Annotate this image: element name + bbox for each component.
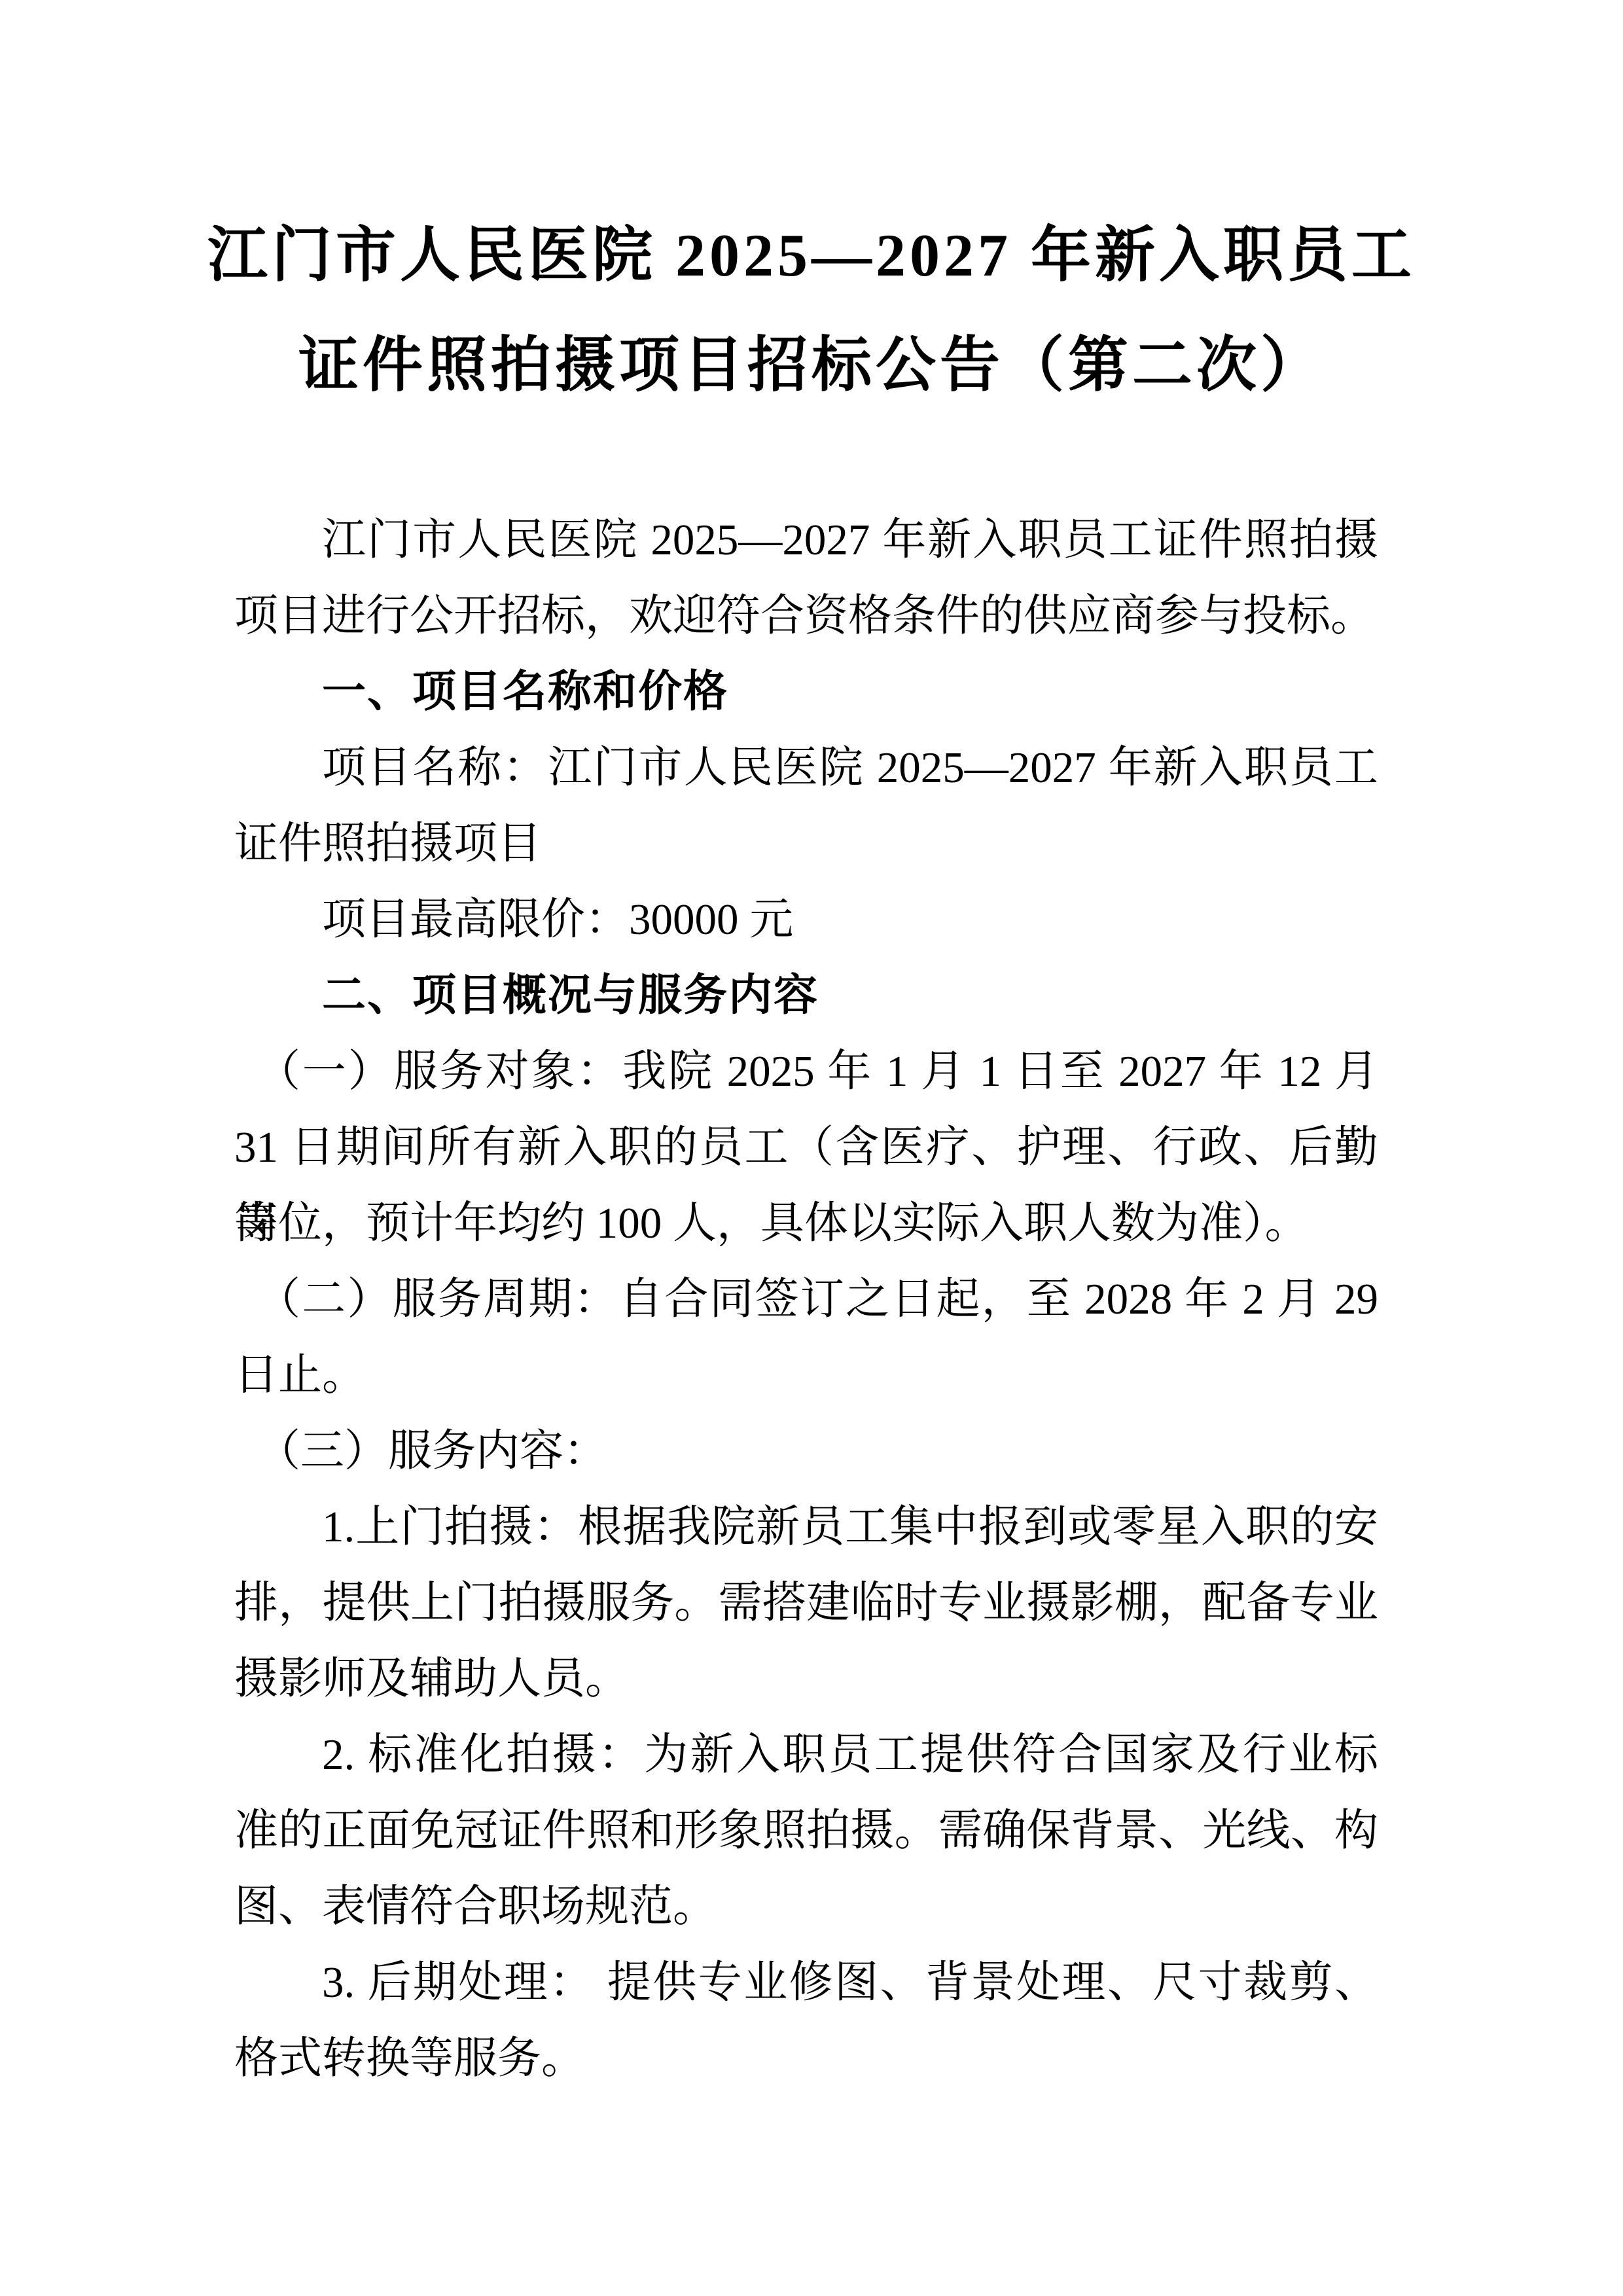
text-line: 排，提供上门拍摄服务。需搭建临时专业摄影棚，配备专业 <box>234 1565 1378 1641</box>
title-line: 证件照拍摄项目招标公告（第二次） <box>118 310 1505 420</box>
text-line: 一、项目名称和价格 <box>234 654 1378 730</box>
text-line: 项目进行公开招标，欢迎符合资格条件的供应商参与投标。 <box>234 578 1378 654</box>
text-line: 项目最高限价：30000 元 <box>234 882 1378 958</box>
body-paragraph: 项目名称：江门市人民医院 2025—2027 年新入职员工证件照拍摄项目 <box>234 730 1378 882</box>
body-paragraph: 3. 后期处理： 提供专业修图、背景处理、尺寸裁剪、格式转换等服务。 <box>234 1945 1378 2096</box>
text-line: 摄影师及辅助人员。 <box>234 1641 1378 1717</box>
text-line: 证件照拍摄项目 <box>234 806 1378 882</box>
section-heading: 二、项目概况与服务内容 <box>234 958 1378 1033</box>
text-line: 二、项目概况与服务内容 <box>234 958 1378 1033</box>
text-line: 图、表情符合职场规范。 <box>234 1869 1378 1945</box>
text-line: 江门市人民医院 2025—2027 年新入职员工证件照拍摄 <box>234 502 1378 578</box>
document-body: 江门市人民医院 2025—2027 年新入职员工证件照拍摄项目进行公开招标，欢迎… <box>234 502 1378 2096</box>
text-line: 日止。 <box>234 1337 1378 1413</box>
body-paragraph: 项目最高限价：30000 元 <box>234 882 1378 958</box>
text-line: 3. 后期处理： 提供专业修图、背景处理、尺寸裁剪、 <box>234 1945 1378 2020</box>
document-title: 江门市人民医院 2025—2027 年新入职员工证件照拍摄项目招标公告（第二次） <box>118 200 1505 420</box>
body-paragraph: （二）服务周期：自合同签订之日起，至 2028 年 2 月 29日止。 <box>234 1261 1378 1413</box>
body-paragraph: 2. 标准化拍摄：为新入职员工提供符合国家及行业标准的正面免冠证件照和形象照拍摄… <box>234 1717 1378 1945</box>
text-line: 项目名称：江门市人民医院 2025—2027 年新入职员工 <box>234 730 1378 806</box>
text-line: 格式转换等服务。 <box>234 2020 1378 2096</box>
text-line: 31 日期间所有新入职的员工（含医疗、护理、行政、后勤等 <box>234 1109 1378 1185</box>
text-line: 2. 标准化拍摄：为新入职员工提供符合国家及行业标 <box>234 1717 1378 1793</box>
section-heading: 一、项目名称和价格 <box>234 654 1378 730</box>
title-line: 江门市人民医院 2025—2027 年新入职员工 <box>118 200 1505 310</box>
text-line: （三）服务内容： <box>234 1413 1378 1489</box>
body-paragraph: （三）服务内容： <box>234 1413 1378 1489</box>
body-paragraph: （一）服务对象：我院 2025 年 1 月 1 日至 2027 年 12 月31… <box>234 1033 1378 1261</box>
document-page: 江门市人民医院 2025—2027 年新入职员工证件照拍摄项目招标公告（第二次）… <box>0 0 1623 2296</box>
text-line: 岗位，预计年均约 100 人，具体以实际入职人数为准）。 <box>234 1185 1378 1261</box>
text-line: 准的正面免冠证件照和形象照拍摄。需确保背景、光线、构 <box>234 1793 1378 1869</box>
text-line: （一）服务对象：我院 2025 年 1 月 1 日至 2027 年 12 月 <box>234 1033 1378 1109</box>
body-paragraph: 江门市人民医院 2025—2027 年新入职员工证件照拍摄项目进行公开招标，欢迎… <box>234 502 1378 654</box>
body-paragraph: 1.上门拍摄：根据我院新员工集中报到或零星入职的安排，提供上门拍摄服务。需搭建临… <box>234 1489 1378 1717</box>
text-line: （二）服务周期：自合同签订之日起，至 2028 年 2 月 29 <box>234 1261 1378 1337</box>
text-line: 1.上门拍摄：根据我院新员工集中报到或零星入职的安 <box>234 1489 1378 1565</box>
